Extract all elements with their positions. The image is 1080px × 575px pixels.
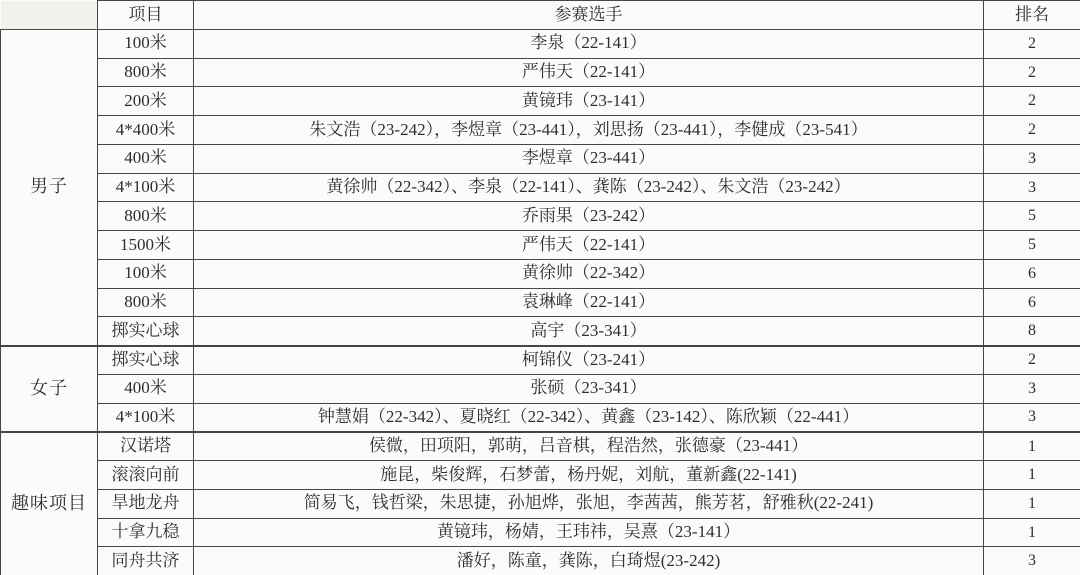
rank-cell: 5 <box>984 202 1080 231</box>
event-cell: 100米 <box>98 29 194 58</box>
rank-cell: 2 <box>984 58 1080 87</box>
category-cell: 女子 <box>1 346 98 432</box>
participants-cell: 李煜章（23-441） <box>194 144 984 173</box>
table-row: 100米黄徐帅（22-342）6 <box>1 259 1080 288</box>
rank-cell: 3 <box>984 547 1080 575</box>
table-row: 十拿九稳黄镜玮，杨婧，王玮祎，吴熹（23-141）1 <box>1 518 1080 547</box>
rank-cell: 3 <box>984 144 1080 173</box>
rank-cell: 1 <box>984 432 1080 461</box>
event-cell: 4*100米 <box>98 403 194 432</box>
event-cell: 汉诺塔 <box>98 432 194 461</box>
table-row: 滚滚向前施昆，柴俊辉，石梦蕾，杨丹妮，刘航，董新鑫(22-141)1 <box>1 461 1080 490</box>
table-row: 旱地龙舟简易飞，钱哲梁，朱思捷，孙旭烨，张旭，李茜茜，熊芳茗，舒雅秋(22-24… <box>1 489 1080 518</box>
participants-cell: 乔雨果（23-242） <box>194 202 984 231</box>
participants-cell: 柯锦仪（23-241） <box>194 346 984 375</box>
rank-cell: 3 <box>984 403 1080 432</box>
table-row: 800米袁琳峰（22-141）6 <box>1 288 1080 317</box>
event-cell: 800米 <box>98 58 194 87</box>
rank-cell: 3 <box>984 374 1080 403</box>
table-header: 项目 参赛选手 排名 <box>1 1 1080 30</box>
event-cell: 200米 <box>98 87 194 116</box>
event-cell: 100米 <box>98 259 194 288</box>
participants-cell: 黄镜玮（23-141） <box>194 87 984 116</box>
participants-cell: 袁琳峰（22-141） <box>194 288 984 317</box>
table-row: 女子掷实心球柯锦仪（23-241）2 <box>1 346 1080 375</box>
event-cell: 800米 <box>98 288 194 317</box>
rank-cell: 2 <box>984 29 1080 58</box>
table-row: 男子100米李泉（22-141）2 <box>1 29 1080 58</box>
participants-cell: 潘好，陈童，龚陈，白琦煜(23-242) <box>194 547 984 575</box>
category-cell: 趣味项目 <box>1 432 98 575</box>
table-row: 掷实心球高宇（23-341）8 <box>1 317 1080 346</box>
table-row: 400米张硕（23-341）3 <box>1 374 1080 403</box>
participants-cell: 黄徐帅（22-342） <box>194 259 984 288</box>
column-header-event: 项目 <box>98 1 194 30</box>
rank-cell: 2 <box>984 87 1080 116</box>
participants-cell: 严伟天（22-141） <box>194 58 984 87</box>
table-row: 趣味项目汉诺塔侯微，田项阳，郭萌，吕音棋，程浩然，张德豪（23-441）1 <box>1 432 1080 461</box>
event-cell: 800米 <box>98 202 194 231</box>
table-body: 男子100米李泉（22-141）2800米严伟天（22-141）2200米黄镜玮… <box>1 29 1080 575</box>
event-cell: 4*400米 <box>98 116 194 145</box>
rank-cell: 6 <box>984 259 1080 288</box>
rank-cell: 2 <box>984 116 1080 145</box>
table-row: 同舟共济潘好，陈童，龚陈，白琦煜(23-242)3 <box>1 547 1080 575</box>
column-header-participants: 参赛选手 <box>194 1 984 30</box>
participants-cell: 严伟天（22-141） <box>194 231 984 260</box>
participants-cell: 施昆，柴俊辉，石梦蕾，杨丹妮，刘航，董新鑫(22-141) <box>194 461 984 490</box>
participants-cell: 侯微，田项阳，郭萌，吕音棋，程浩然，张德豪（23-441） <box>194 432 984 461</box>
rank-cell: 8 <box>984 317 1080 346</box>
event-cell: 1500米 <box>98 231 194 260</box>
participants-cell: 朱文浩（23-242），李煜章（23-441），刘思扬（23-441），李健成（… <box>194 116 984 145</box>
table-row: 4*100米钟慧娟（22-342）、夏晓红（22-342）、黄鑫（23-142）… <box>1 403 1080 432</box>
rank-cell: 2 <box>984 346 1080 375</box>
header-row: 项目 参赛选手 排名 <box>1 1 1080 30</box>
event-cell: 400米 <box>98 374 194 403</box>
rank-cell: 1 <box>984 489 1080 518</box>
rank-cell: 1 <box>984 461 1080 490</box>
participants-cell: 黄徐帅（22-342）、李泉（22-141）、龚陈（23-242）、朱文浩（23… <box>194 173 984 202</box>
table-row: 1500米严伟天（22-141）5 <box>1 231 1080 260</box>
rank-cell: 5 <box>984 231 1080 260</box>
table-row: 800米乔雨果（23-242）5 <box>1 202 1080 231</box>
event-cell: 滚滚向前 <box>98 461 194 490</box>
participants-cell: 张硕（23-341） <box>194 374 984 403</box>
event-cell: 旱地龙舟 <box>98 489 194 518</box>
event-cell: 400米 <box>98 144 194 173</box>
table-row: 4*100米黄徐帅（22-342）、李泉（22-141）、龚陈（23-242）、… <box>1 173 1080 202</box>
event-cell: 同舟共济 <box>98 547 194 575</box>
event-cell: 十拿九稳 <box>98 518 194 547</box>
participants-cell: 高宇（23-341） <box>194 317 984 346</box>
column-header-rank: 排名 <box>984 1 1080 30</box>
event-cell: 4*100米 <box>98 173 194 202</box>
rank-cell: 6 <box>984 288 1080 317</box>
table-row: 400米李煜章（23-441）3 <box>1 144 1080 173</box>
participants-cell: 钟慧娟（22-342）、夏晓红（22-342）、黄鑫（23-142）、陈欣颖（2… <box>194 403 984 432</box>
participants-cell: 简易飞，钱哲梁，朱思捷，孙旭烨，张旭，李茜茜，熊芳茗，舒雅秋(22-241) <box>194 489 984 518</box>
event-cell: 掷实心球 <box>98 317 194 346</box>
participants-cell: 黄镜玮，杨婧，王玮祎，吴熹（23-141） <box>194 518 984 547</box>
participants-cell: 李泉（22-141） <box>194 29 984 58</box>
event-cell: 掷实心球 <box>98 346 194 375</box>
rank-cell: 1 <box>984 518 1080 547</box>
category-cell: 男子 <box>1 29 98 345</box>
table-row: 4*400米朱文浩（23-242），李煜章（23-441），刘思扬（23-441… <box>1 116 1080 145</box>
table-row: 200米黄镜玮（23-141）2 <box>1 87 1080 116</box>
table-row: 800米严伟天（22-141）2 <box>1 58 1080 87</box>
competition-results-table: 项目 参赛选手 排名 男子100米李泉（22-141）2800米严伟天（22-1… <box>0 0 1080 575</box>
rank-cell: 3 <box>984 173 1080 202</box>
corner-blank-cell <box>1 1 98 30</box>
